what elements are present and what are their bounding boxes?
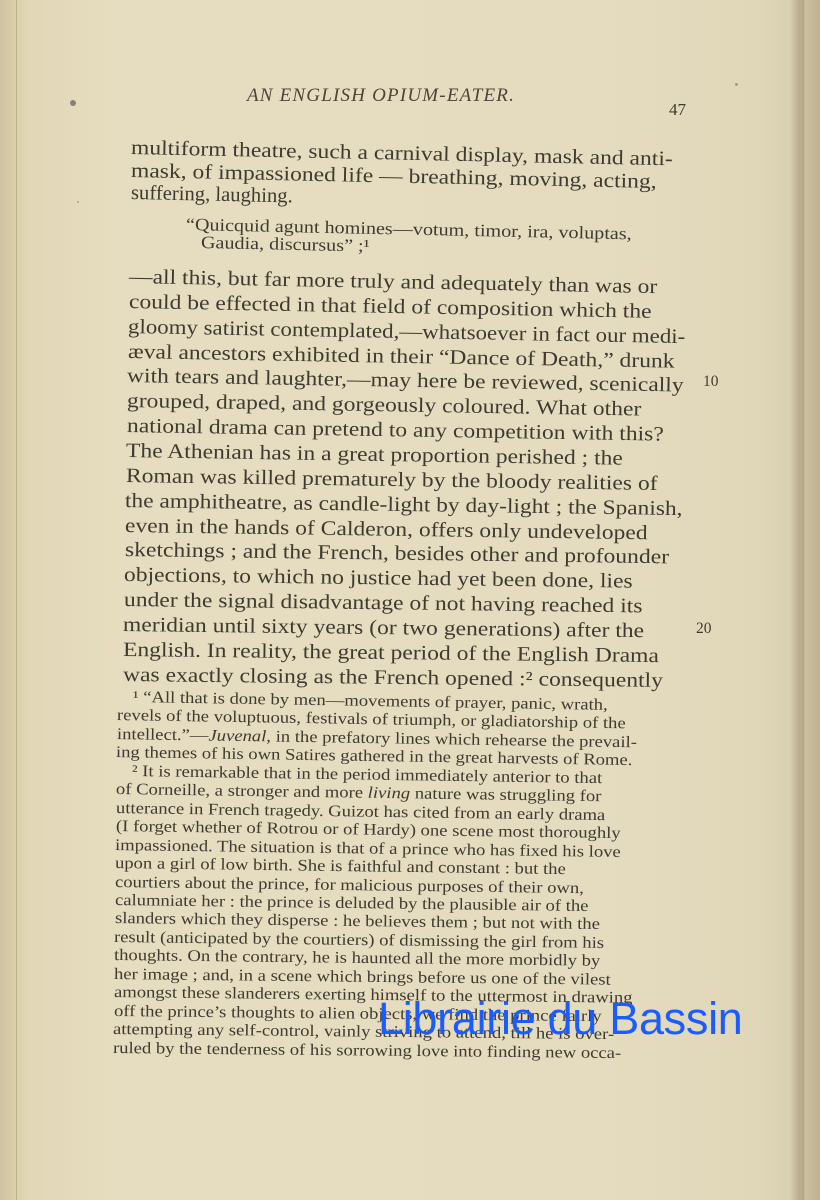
watermark: Librairie du Bassin — [378, 993, 743, 1045]
italic-word: living — [368, 784, 411, 803]
body-line: was exactly closing as the French opened… — [123, 664, 663, 693]
page-number: 47 — [669, 100, 686, 120]
paper-speck — [70, 100, 76, 106]
body-line: meridian until sixty years (or two gener… — [123, 614, 644, 643]
paper-speck — [735, 83, 738, 86]
gutter-fold — [16, 0, 17, 1200]
margin-line-number: 10 — [703, 373, 719, 391]
italic-word: Juvenal — [208, 726, 266, 745]
paper-speck — [77, 201, 79, 203]
body-line: suffering, laughing. — [131, 182, 293, 208]
body-line: English. In reality, the great period of… — [123, 639, 659, 668]
verse-quote-line: Gaudia, discursus” ;¹ — [201, 232, 370, 257]
margin-line-number: 20 — [696, 620, 712, 638]
book-page: AN ENGLISH OPIUM-EATER. 47 multiform the… — [0, 0, 820, 1200]
page-edge — [802, 0, 804, 1200]
running-head: AN ENGLISH OPIUM-EATER. — [247, 85, 515, 107]
